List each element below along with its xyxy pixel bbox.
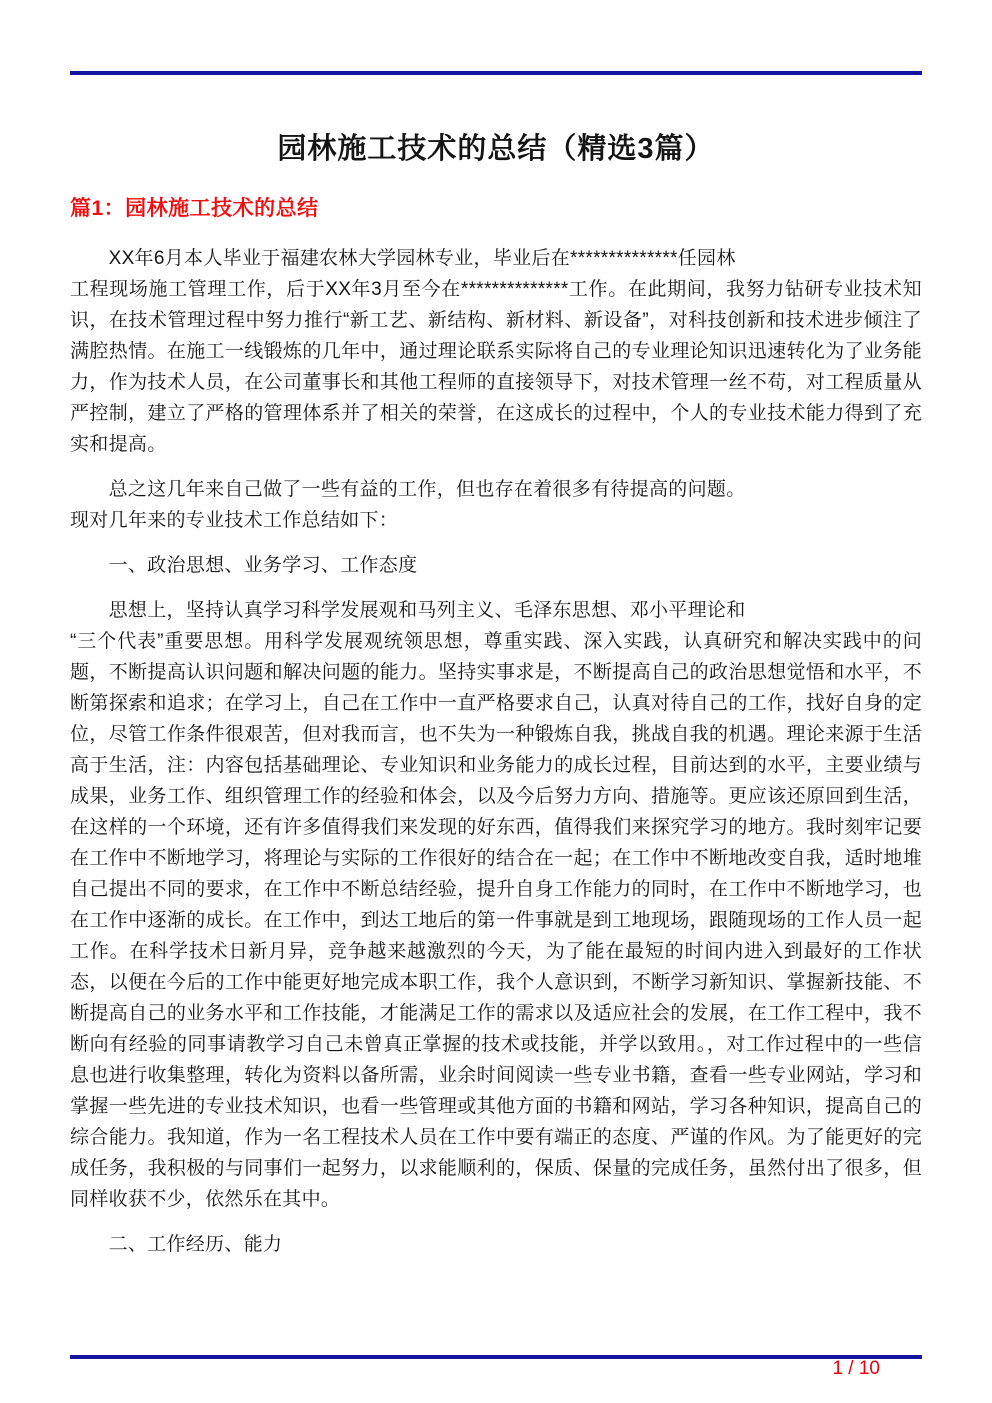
list-heading-two: 二、工作经历、能力	[70, 1229, 922, 1260]
document-page: 园林施工技术的总结（精选3篇） 篇1：园林施工技术的总结 XX年6月本人毕业于福…	[0, 0, 992, 1403]
page-number: 1 / 10	[832, 1358, 880, 1380]
paragraph-intro: XX年6月本人毕业于福建农林大学园林专业，毕业后在**************任…	[70, 243, 922, 460]
document-title: 园林施工技术的总结（精选3篇）	[0, 126, 992, 167]
list-heading-one: 一、政治思想、业务学习、工作态度	[70, 550, 922, 581]
paragraph-summary-lead: 总之这几年来自己做了一些有益的工作，但也存在着很多有待提高的问题。 现对几年来的…	[70, 474, 922, 536]
document-body: XX年6月本人毕业于福建农林大学园林专业，毕业后在**************任…	[70, 243, 922, 1260]
section-heading: 篇1：园林施工技术的总结	[70, 192, 319, 222]
header-rule	[70, 71, 922, 75]
footer-rule	[70, 1355, 922, 1359]
paragraph-thought: 思想上，坚持认真学习科学发展观和马列主义、毛泽东思想、邓小平理论和 “三个代表”…	[70, 595, 922, 1215]
